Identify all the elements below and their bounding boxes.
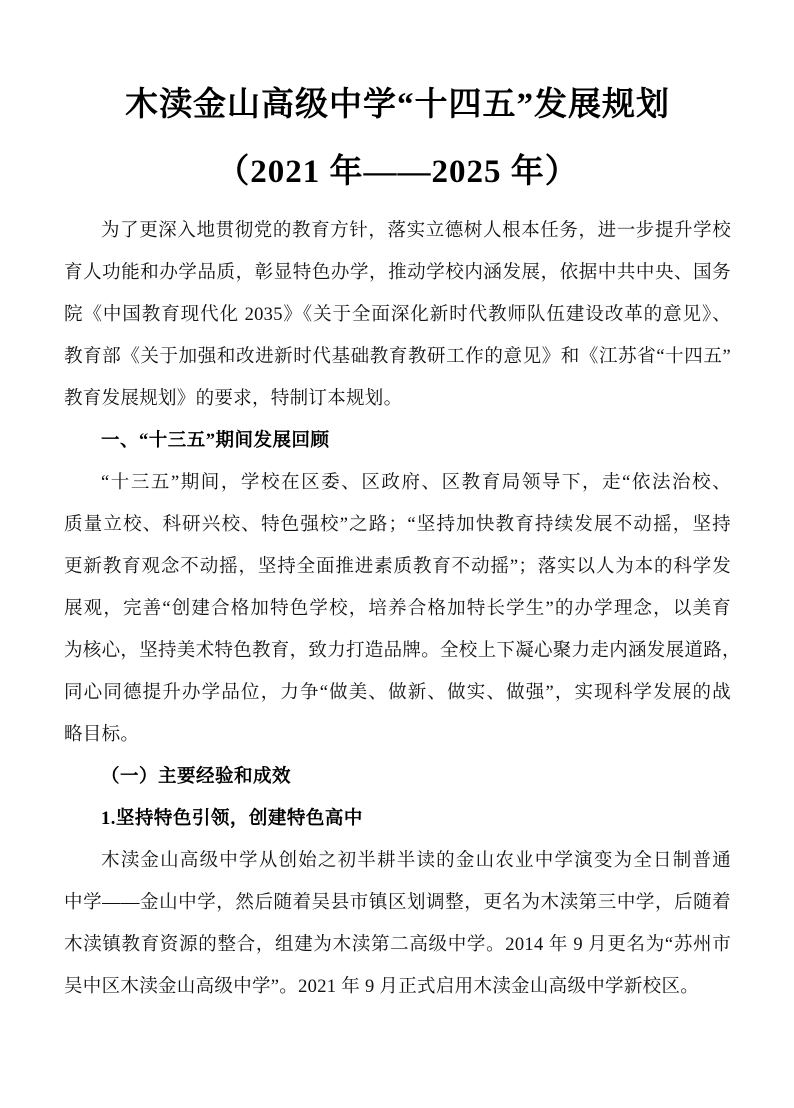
intro-paragraph-line: 教育发展规划》的要求，特制订本规划。 xyxy=(64,378,731,420)
document-body: 为了更深入地贯彻党的教育方针，落实立德树人根本任务，进一步提升学校 育人功能和办… xyxy=(64,210,731,1008)
review-paragraph-line: 略目标。 xyxy=(64,714,731,756)
section-1-heading: 一、“十三五”期间发展回顾 xyxy=(64,420,731,462)
subsection-1-heading: （一）主要经验和成效 xyxy=(64,756,731,798)
review-paragraph-line: “十三五”期间，学校在区委、区政府、区教育局领导下，走“依法治校、 xyxy=(64,462,731,504)
review-paragraph-line: 更新教育观念不动摇，坚持全面推进素质教育不动摇”；落实以人为本的科学发 xyxy=(64,546,731,588)
history-paragraph-line: 吴中区木渎金山高级中学”。2021 年 9 月正式启用木渎金山高级中学新校区。 xyxy=(64,966,731,1008)
review-paragraph-line: 展观，完善“创建合格加特色学校，培养合格加特长学生”的办学理念，以美育 xyxy=(64,588,731,630)
intro-paragraph-line: 院《中国教育现代化 2035》《关于全面深化新时代教师队伍建设改革的意见》、 xyxy=(64,294,731,336)
history-paragraph-line: 中学——金山中学，然后随着吴县市镇区划调整，更名为木渎第三中学，后随着 xyxy=(64,882,731,924)
intro-paragraph-line: 育人功能和办学品质，彰显特色办学，推动学校内涵发展，依据中共中央、国务 xyxy=(64,252,731,294)
document-subtitle: （2021 年——2025 年） xyxy=(64,139,731,206)
document-title: 木渎金山高级中学“十四五”发展规划 xyxy=(64,72,731,139)
point-1-heading: 1.坚持特色引领，创建特色高中 xyxy=(64,798,731,840)
history-paragraph-line: 木渎镇教育资源的整合，组建为木渎第二高级中学。2014 年 9 月更名为“苏州市 xyxy=(64,924,731,966)
intro-paragraph-line: 教育部《关于加强和改进新时代基础教育教研工作的意见》和《江苏省“十四五” xyxy=(64,336,731,378)
review-paragraph-line: 为核心，坚持美术特色教育，致力打造品牌。全校上下凝心聚力走内涵发展道路， xyxy=(64,630,731,672)
document-page: 木渎金山高级中学“十四五”发展规划 （2021 年——2025 年） 为了更深入… xyxy=(0,0,794,1108)
review-paragraph-line: 同心同德提升办学品位，力争“做美、做新、做实、做强”，实现科学发展的战 xyxy=(64,672,731,714)
intro-paragraph-line: 为了更深入地贯彻党的教育方针，落实立德树人根本任务，进一步提升学校 xyxy=(64,210,731,252)
review-paragraph-line: 质量立校、科研兴校、特色强校”之路；“坚持加快教育持续发展不动摇，坚持 xyxy=(64,504,731,546)
history-paragraph-line: 木渎金山高级中学从创始之初半耕半读的金山农业中学演变为全日制普通 xyxy=(64,840,731,882)
